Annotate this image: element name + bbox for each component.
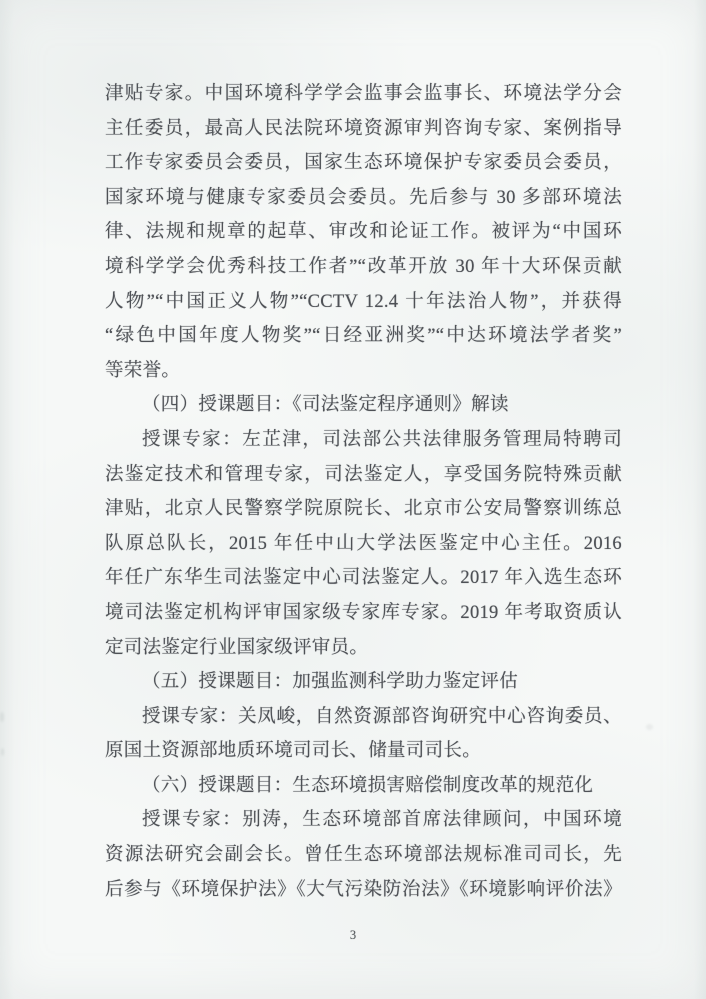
text-line: 定司法鉴定行业国家级评审员。 [105,631,622,666]
body-text: 津贴专家。中国环境科学学会监事会监事长、环境法学分会主任委员，最高人民法院环境资… [105,77,622,907]
text-line: （六）授课题目：生态环境损害赔偿制度改革的规范化 [105,769,622,804]
text-line: 年任广东华生司法鉴定中心司法鉴定人。2017 年入选生态环 [105,561,622,596]
text-line: 律、法规和规章的起草、审改和论证工作。被评为“中国环 [105,215,622,250]
text-line: “绿色中国年度人物奖”“日经亚洲奖”“中达环境法学者奖” [105,319,622,354]
text-line: 资源法研究会副会长。曾任生态环境部法规标准司司长，先 [105,838,622,873]
scan-smudge [0,712,4,722]
text-line: （四）授课题目：《司法鉴定程序通则》解读 [105,388,622,423]
text-line: 授课专家：关凤峻，自然资源部咨询研究中心咨询委员、 [105,700,622,735]
text-line: 国家环境与健康专家委员会委员。先后参与 30 多部环境法 [105,181,622,216]
text-line: 主任委员，最高人民法院环境资源审判咨询专家、案例指导 [105,112,622,147]
text-line: 授课专家：左芷津，司法部公共法律服务管理局特聘司 [105,423,622,458]
scan-smudge [1,748,4,756]
text-line: 津贴，北京人民警察学院原院长、北京市公安局警察训练总 [105,492,622,527]
page-number: 3 [0,928,706,943]
text-line: 授课专家：别涛，生态环境部首席法律顾问，中国环境 [105,803,622,838]
text-line: 等荣誉。 [105,354,622,389]
document-page: 津贴专家。中国环境科学学会监事会监事长、环境法学分会主任委员，最高人民法院环境资… [0,0,706,999]
text-line: 境科学学会优秀科技工作者”“改革开放 30 年十大环保贡献 [105,250,622,285]
text-line: 法鉴定技术和管理专家，司法鉴定人，享受国务院特殊贡献 [105,458,622,493]
text-line: 境司法鉴定机构评审国家级专家库专家。2019 年考取资质认 [105,596,622,631]
text-line: 原国土资源部地质环境司司长、储量司司长。 [105,734,622,769]
text-line: 队原总队长，2015 年任中山大学法医鉴定中心主任。2016 [105,527,622,562]
text-line: 工作专家委员会委员，国家生态环境保护专家委员会委员， [105,146,622,181]
text-line: （五）授课题目：加强监测科学助力鉴定评估 [105,665,622,700]
text-line: 后参与《环境保护法》《大气污染防治法》《环境影响评价法》 [105,873,622,908]
text-line: 津贴专家。中国环境科学学会监事会监事长、环境法学分会 [105,77,622,112]
scan-smudge [646,724,653,730]
text-line: 人物”“中国正义人物”“CCTV 12.4 十年法治人物”，并获得 [105,285,622,320]
